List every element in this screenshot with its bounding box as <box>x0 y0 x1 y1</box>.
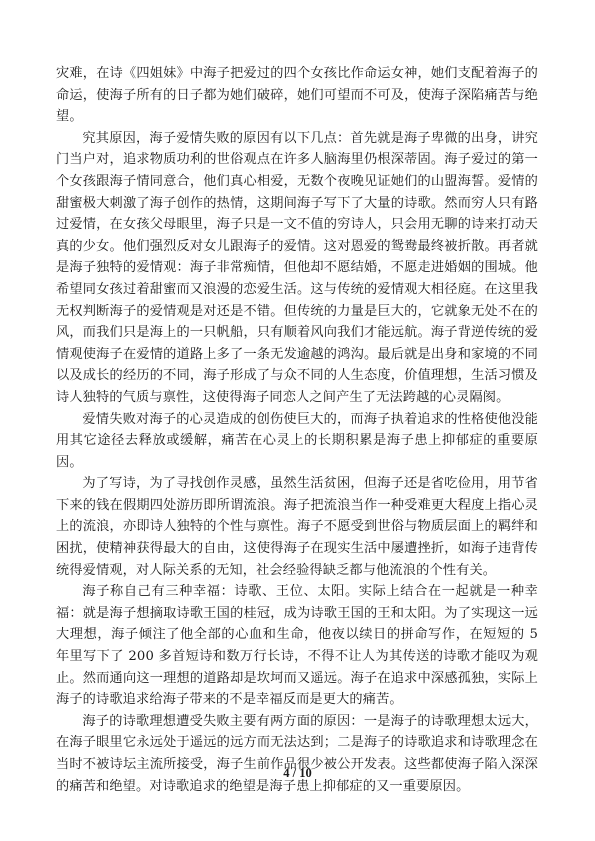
paragraph-4: 为了写诗，为了寻找创作灵感，虽然生活贫困，但海子还是省吃俭用，用节省下来的钱在假… <box>56 473 538 581</box>
paragraph-3: 爱情失败对海子的心灵造成的创伤使巨大的，而海子执着追求的性格使他没能用其它途径去… <box>56 409 538 474</box>
paragraph-6: 海子的诗歌理想遭受失败主要有两方面的原因：一是海子的诗歌理想太远大，在海子眼里它… <box>56 711 538 797</box>
paragraph-2: 究其原因，海子爱情失败的原因有以下几点：首先就是海子卑微的出身，讲究门当户对，追… <box>56 128 538 409</box>
page-number: 4 / 10 <box>0 766 595 781</box>
document-body: 灾难，在诗《四姐妹》中海子把爱过的四个女孩比作命运女神，她们支配着海子的命运，使… <box>56 63 538 797</box>
document-page: 灾难，在诗《四姐妹》中海子把爱过的四个女孩比作命运女神，她们支配着海子的命运，使… <box>0 0 595 841</box>
paragraph-5: 海子称自己有三种幸福：诗歌、王位、太阳。实际上结合在一起就是一种幸福：就是海子想… <box>56 581 538 711</box>
paragraph-1: 灾难，在诗《四姐妹》中海子把爱过的四个女孩比作命运女神，她们支配着海子的命运，使… <box>56 63 538 128</box>
